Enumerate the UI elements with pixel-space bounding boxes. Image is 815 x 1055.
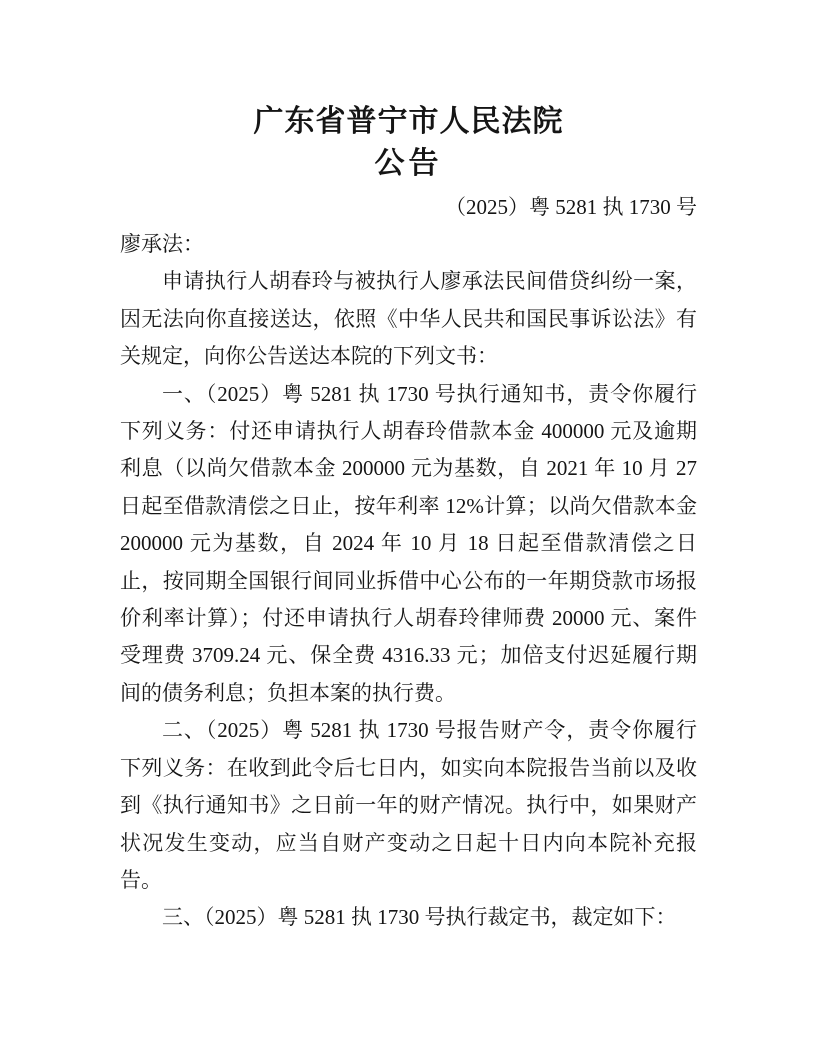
paragraph-item-three-execution-ruling: 三、（2025）粤 5281 执 1730 号执行裁定书，裁定如下： bbox=[120, 899, 697, 936]
case-number: （2025）粤 5281 执 1730 号 bbox=[120, 192, 697, 222]
document-header: 广东省普宁市人民法院 公告 （2025）粤 5281 执 1730 号 bbox=[120, 104, 697, 222]
document-body: 廖承法： 申请执行人胡春玲与被执行人廖承法民间借贷纠纷一案，因无法向你直接送达，… bbox=[120, 226, 697, 937]
court-name-title: 广东省普宁市人民法院 bbox=[120, 104, 697, 140]
paragraph-item-one-execution-notice: 一、（2025）粤 5281 执 1730 号执行通知书，责令你履行下列义务：付… bbox=[120, 376, 697, 713]
salutation: 廖承法： bbox=[120, 226, 697, 263]
paragraph-item-two-property-report-order: 二、（2025）粤 5281 执 1730 号报告财产令，责令你履行下列义务：在… bbox=[120, 712, 697, 899]
court-announcement-page: 广东省普宁市人民法院 公告 （2025）粤 5281 执 1730 号 廖承法：… bbox=[0, 0, 815, 1055]
paragraph-case-intro: 申请执行人胡春玲与被执行人廖承法民间借贷纠纷一案，因无法向你直接送达，依照《中华… bbox=[120, 263, 697, 375]
notice-title: 公告 bbox=[120, 146, 697, 182]
